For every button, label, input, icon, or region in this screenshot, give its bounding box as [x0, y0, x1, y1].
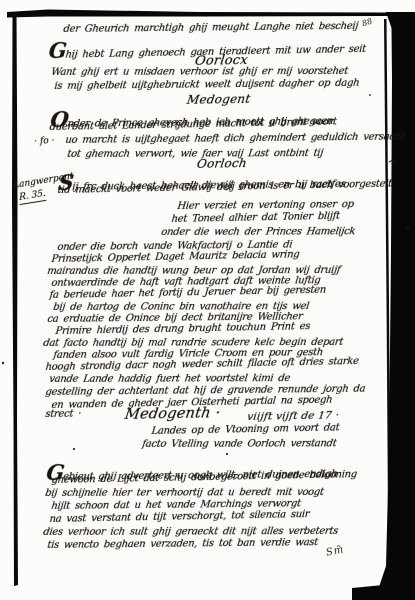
manuscript-line: facto Vtelling vande Oorloch verstandt: [141, 438, 337, 450]
manuscript-page: 88 der Gheurich marchtigh ghij meught La…: [0, 0, 415, 600]
manuscript-line: dies verhoor ich sult ghij geraeckt dit …: [42, 526, 338, 538]
manuscript-line: onder die wech der Princes Hamelijck: [160, 226, 355, 238]
ink-speck: [73, 448, 75, 450]
heading-medogenth: Medogenth ·: [124, 405, 222, 423]
margin-note-fo: · fo ·: [34, 136, 55, 147]
manuscript-line: tot ghemach verwort, wie faer vaij Last …: [66, 148, 323, 160]
heading-medogenth-suffix: viijft vijft de 17 ·: [246, 409, 340, 423]
manuscript-line: Want ghij ert u misdaen verhoor ist ghij…: [50, 66, 348, 78]
manuscript-line: strect ·: [45, 409, 82, 420]
manuscript-line: bij schijnelie hier ter verhoortij dat u…: [44, 487, 324, 499]
manuscript-line: vande Lande haddig fuert het voortstel k…: [48, 373, 290, 385]
ink-speck: [226, 453, 228, 455]
